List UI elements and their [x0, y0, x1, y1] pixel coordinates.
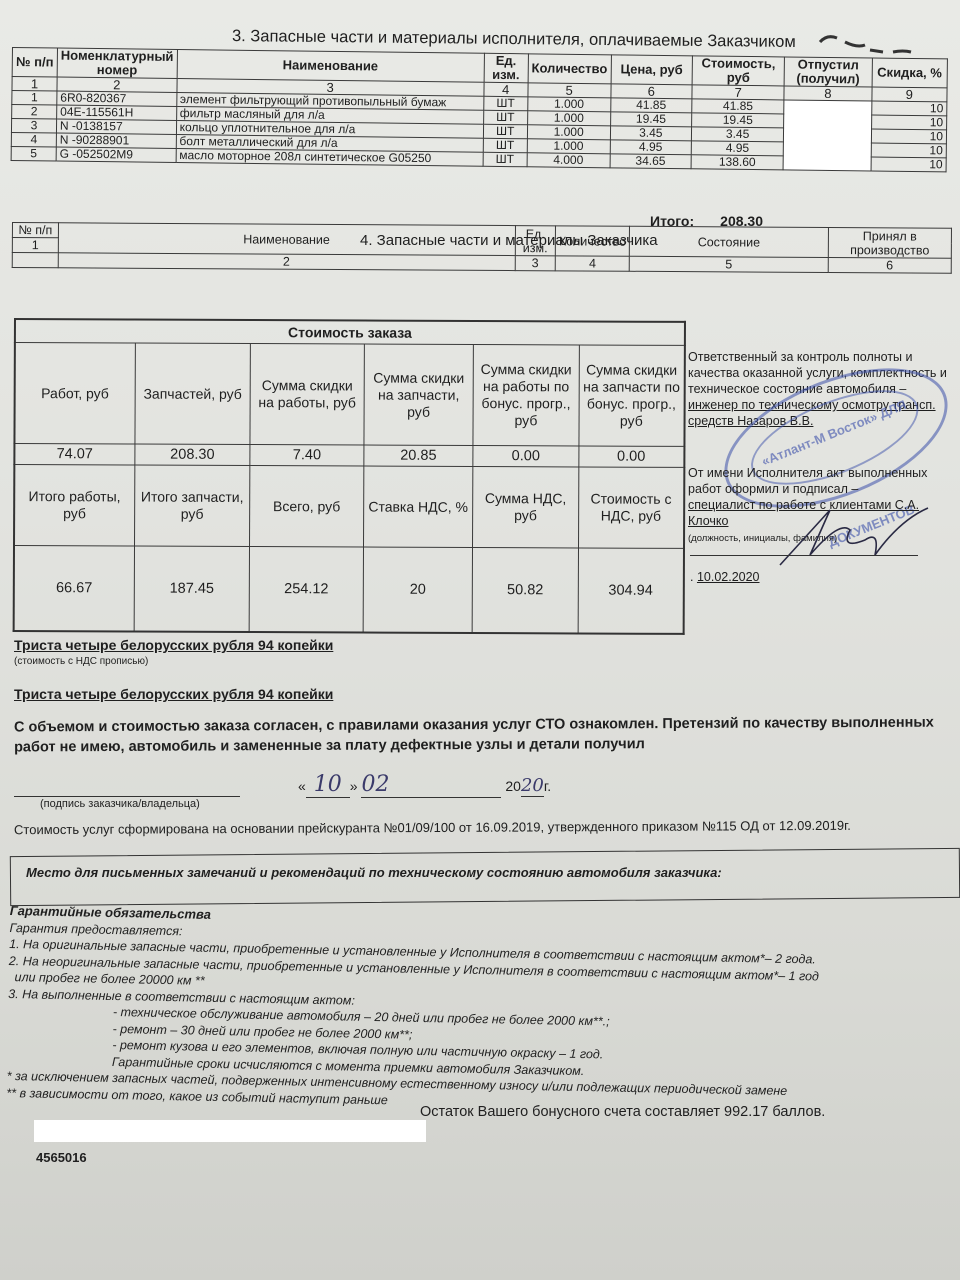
customer-notes-label: Место для письменных замечаний и рекомен… [26, 865, 722, 880]
executor-date: . 10.02.2020 [690, 570, 760, 584]
cost-header: Работ, руб [14, 343, 135, 445]
col-header-price: Цена, руб [611, 55, 693, 85]
spacer [12, 253, 58, 268]
row-price: 19.45 [610, 112, 692, 127]
cost-value: 74.07 [14, 444, 134, 466]
handwritten-scribble [815, 30, 915, 60]
date-year-suffix: 20 [521, 775, 544, 796]
cost-value: 187.45 [134, 546, 250, 632]
row-discount: 10 [871, 115, 947, 130]
col-number: 5 [629, 256, 828, 272]
row-unit: ШТ [483, 96, 527, 111]
cost-header: Сумма скидки на запчасти по бонус. прогр… [579, 345, 685, 446]
warranty-section: Гарантийные обязательства Гарантия предо… [6, 903, 950, 1119]
row-price: 4.95 [610, 140, 692, 155]
cost-value: 20 [363, 547, 473, 633]
col-header-name: Наименование [177, 50, 484, 83]
row-qty: 1.000 [527, 111, 610, 126]
cost-value: 254.12 [249, 547, 363, 633]
executor-signature [770, 500, 930, 570]
row-part: G -052502M9 [56, 147, 176, 162]
row-qty: 1.000 [527, 125, 610, 140]
row-unit: ШТ [483, 110, 527, 125]
row-cost: 19.45 [692, 113, 784, 128]
amount-in-words: Триста четыре белорусских рубля 94 копей… [14, 637, 333, 653]
cost-header: Стоимость с НДС, руб [578, 467, 684, 548]
cost-value: 0.00 [578, 446, 684, 467]
cost-value: 50.82 [472, 548, 578, 634]
cost-value: 66.67 [14, 546, 135, 632]
document-code: 4565016 [36, 1150, 87, 1165]
col-number: 5 [528, 83, 611, 98]
col-header-accepted: Принял в производство [828, 227, 951, 258]
cost-value: 304.94 [578, 548, 684, 634]
col-number: 7 [692, 85, 784, 100]
redacted-greeting [34, 1120, 426, 1142]
row-unit: ШТ [483, 152, 527, 167]
row-unit: ШТ [483, 138, 527, 153]
date-year-end: г. [544, 778, 551, 794]
cost-header: Запчастей, руб [135, 343, 251, 445]
date-day: 10 [314, 772, 342, 797]
row-cost: 4.95 [691, 141, 783, 156]
row-discount: 10 [871, 157, 947, 172]
section4-title: 4. Запасные части и материалы Заказчика [360, 232, 658, 249]
redacted-issued [783, 100, 871, 171]
row-price: 41.85 [610, 98, 692, 113]
order-cost-table: Стоимость заказа Работ, руб Запчастей, р… [13, 318, 686, 635]
cost-header: Итого работы, руб [14, 465, 135, 547]
col-number: 4 [484, 82, 528, 97]
col-header-state: Состояние [630, 226, 829, 257]
col-header-unit: Ед. изм. [484, 53, 528, 83]
cost-header: Всего, руб [250, 466, 364, 547]
cost-header: Сумма скидки на работы, руб [250, 344, 364, 445]
cost-header: Сумма скидки на работы по бонус. прогр.,… [473, 345, 579, 446]
row-cost: 138.60 [691, 155, 783, 170]
date-month: 02 [361, 772, 389, 797]
customer-signature-line [14, 796, 240, 797]
executor-date-value: 10.02.2020 [697, 570, 760, 584]
section3-title: 3. Запасные части и материалы исполнител… [232, 27, 796, 52]
cost-header: Ставка НДС, % [363, 466, 473, 547]
col-header-qty: Количество [528, 54, 611, 84]
col-header-discount: Скидка, % [872, 58, 948, 88]
cost-header: Сумма НДС, руб [473, 467, 579, 548]
row-unit: ШТ [483, 124, 527, 139]
section3-table: № п/п Номенклатурный номер Наименование … [11, 47, 948, 172]
col-number: 6 [828, 257, 951, 273]
cost-header: Итого запчасти, руб [134, 465, 250, 547]
col-header-no: № п/п [12, 48, 57, 78]
col-number: 1 [12, 77, 57, 92]
col-number: 3 [515, 256, 556, 271]
pricelist-note: Стоимость услуг сформирована на основани… [14, 818, 851, 837]
bonus-balance: Остаток Вашего бонусного счета составляе… [420, 1104, 825, 1120]
row-no: 4 [11, 132, 56, 147]
row-cost: 41.85 [692, 99, 784, 114]
row-discount: 10 [871, 143, 947, 158]
executor-text: От имени Исполнителя акт выполненных раб… [688, 466, 927, 496]
col-header-part-number: Номенклатурный номер [57, 48, 177, 78]
row-discount: 10 [871, 101, 947, 116]
row-no: 3 [11, 119, 56, 134]
cost-title: Стоимость заказа [15, 319, 685, 345]
col-header-no: № п/п [12, 223, 58, 238]
row-price: 34.65 [610, 154, 692, 169]
date-year-prefix: 20 [505, 778, 521, 794]
row-no: 5 [11, 146, 56, 161]
col-header-cost: Стоимость, руб [692, 56, 784, 86]
customer-signature-caption: (подпись заказчика/владельца) [40, 798, 200, 810]
row-no: 1 [12, 91, 57, 106]
row-qty: 1.000 [527, 139, 610, 154]
row-name: масло моторное 208л синтетическое G05250 [176, 149, 483, 167]
cost-header: Сумма скидки на запчасти, руб [364, 344, 474, 445]
col-number: 1 [12, 238, 58, 253]
cost-value: 208.30 [135, 444, 251, 466]
col-header-issued: Отпустил (получил) [784, 57, 872, 87]
col-number: 6 [610, 84, 692, 99]
row-discount: 10 [871, 129, 947, 144]
col-number: 4 [555, 256, 629, 271]
cost-value: 20.85 [364, 445, 474, 466]
cost-value: 7.40 [250, 445, 364, 466]
amount-in-words-repeat: Триста четыре белорусских рубля 94 копей… [14, 686, 333, 702]
row-cost: 3.45 [692, 127, 784, 142]
col-number: 2 [58, 253, 515, 271]
row-qty: 4.000 [527, 153, 610, 168]
row-qty: 1.000 [528, 97, 611, 112]
col-number: 9 [872, 87, 948, 102]
col-number: 8 [784, 86, 872, 101]
executor-signature-line [690, 555, 918, 556]
customer-date: «10» 02 2020г. [298, 772, 551, 798]
cost-value: 0.00 [473, 446, 578, 467]
amount-in-words-caption: (стоимость с НДС прописью) [14, 656, 148, 667]
row-price: 3.45 [610, 126, 692, 141]
row-no: 2 [12, 105, 57, 120]
customer-agreement: С объемом и стоимостью заказа согласен, … [14, 713, 954, 758]
